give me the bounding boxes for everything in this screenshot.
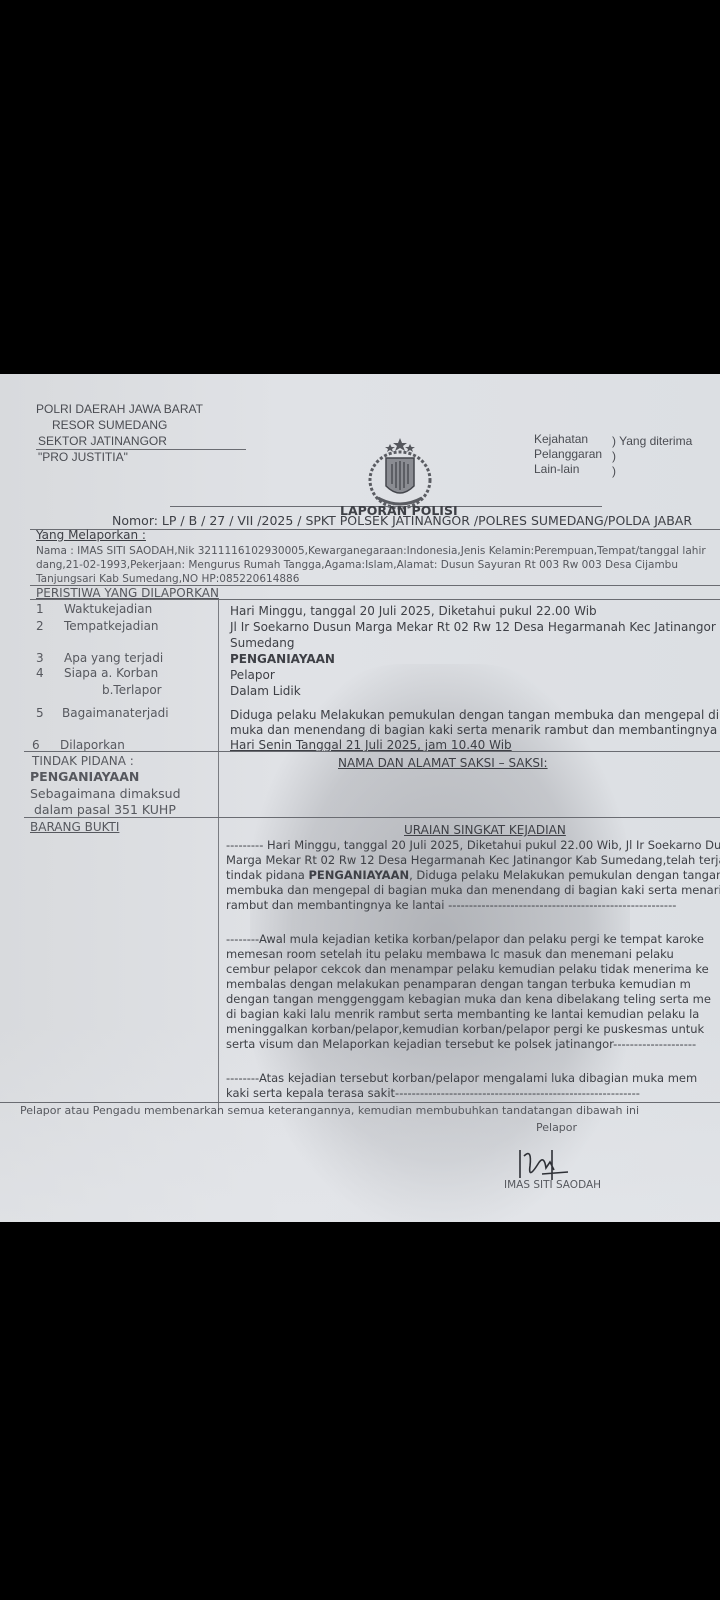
- summary-p1-line-3a: tindak pidana: [226, 868, 309, 882]
- reporter-line-3: Tanjungsari Kab Sumedang,NO HP:085220614…: [36, 572, 299, 586]
- event-value-6: Hari Senin Tanggal 21 Juli 2025, jam 10.…: [230, 738, 512, 752]
- event-label-2: Tempatkejadian: [64, 619, 159, 633]
- reporter-line-2: dang,21-02-1993,Pekerjaan: Mengurus Ruma…: [36, 558, 678, 572]
- summary-p2-line-1: --------Awal mula kejadian ketika korban…: [226, 932, 704, 946]
- crime-ref-2: dalam pasal 351 KUHP: [34, 803, 176, 817]
- category-kejahatan: Kejahatan: [534, 432, 588, 446]
- summary-crime-name: PENGANIAYAAN: [309, 868, 410, 882]
- org-line-2: RESOR SUMEDANG: [52, 418, 167, 432]
- event-value-5: Diduga pelaku Melakukan pemukulan dengan…: [230, 708, 720, 722]
- summary-p3-line-1: --------Atas kejadian tersebut korban/pe…: [226, 1071, 697, 1085]
- signature-icon: [512, 1146, 576, 1182]
- reporter-heading: Yang Melaporkan :: [36, 528, 146, 542]
- column-divider: [218, 600, 219, 1112]
- summary-p1-line-2: Marga Mekar Rt 02 Rw 12 Desa Hegarmanah …: [226, 853, 720, 867]
- summary-p1-line-4: membuka dan mengepal di bagian muka dan …: [226, 883, 720, 897]
- org-line-1: POLRI DAERAH JAWA BARAT: [36, 402, 203, 416]
- crime-name: PENGANIAYAAN: [30, 770, 139, 784]
- police-emblem-icon: [364, 436, 436, 512]
- category-kejahatan-suffix: ) Yang diterima: [612, 434, 692, 448]
- light-overlay: [0, 1024, 720, 1222]
- summary-p2-line-4: membalas dengan melakukan penamparan den…: [226, 977, 691, 991]
- event-num-1: 1: [36, 602, 44, 616]
- event-num-3: 3: [36, 651, 44, 665]
- event-value-5b: muka dan menendang di bagian kaki serta …: [230, 723, 720, 737]
- summary-p1-line-5: rambut dan membantingnya ke lantai -----…: [226, 898, 676, 912]
- event-value-2: Jl Ir Soekarno Dusun Marga Mekar Rt 02 R…: [230, 620, 720, 634]
- category-pelanggaran-suffix: ): [612, 449, 616, 463]
- summary-heading: URAIAN SINGKAT KEJADIAN: [404, 823, 566, 837]
- event-label-4b: b.Terlapor: [102, 683, 162, 697]
- summary-p2-line-2: memesan room setelah itu pelaku membawa …: [226, 947, 674, 961]
- org-line-3: SEKTOR JATINANGOR: [38, 434, 167, 448]
- category-pelanggaran: Pelanggaran: [534, 447, 602, 461]
- event-value-3: PENGANIAYAAN: [230, 652, 335, 666]
- summary-p1-line-3: tindak pidana PENGANIAYAAN, Diduga pelak…: [226, 868, 720, 882]
- event-num-2: 2: [36, 619, 44, 633]
- summary-bottom-rule: [0, 1102, 720, 1103]
- event-num-5: 5: [36, 706, 44, 720]
- summary-p2-line-8: serta visum dan Melaporkan kejadian ters…: [226, 1037, 696, 1051]
- category-lain-suffix: ): [612, 464, 616, 478]
- crime-ref-1: Sebagaimana dimaksud: [30, 787, 181, 801]
- event-label-1: Waktukejadian: [64, 602, 152, 616]
- report-number: Nomor: LP / B / 27 / VII /2025 / SPKT PO…: [112, 514, 692, 528]
- event-label-5: Bagaimanaterjadi: [62, 706, 169, 720]
- footer-role: Pelapor: [536, 1121, 577, 1135]
- summary-p3-line-2: kaki serta kepala terasa sakit----------…: [226, 1086, 640, 1100]
- footer-statement: Pelapor atau Pengadu membenarkan semua k…: [20, 1104, 639, 1118]
- footer-signer: IMAS SITI SAODAH: [504, 1178, 601, 1192]
- evidence-heading: BARANG BUKTI: [30, 820, 119, 834]
- crime-bottom-rule: [24, 817, 720, 818]
- event-num-6: 6: [32, 738, 40, 752]
- summary-p1-line-1: --------- Hari Minggu, tanggal 20 Juli 2…: [226, 838, 720, 852]
- crime-heading: TINDAK PIDANA :: [32, 754, 134, 768]
- event-heading: PERISTIWA YANG DILAPORKAN: [36, 586, 219, 600]
- org-line-4: "PRO JUSTITIA": [38, 450, 128, 464]
- summary-p2-line-3: cembur pelapor cekcok dan menampar pelak…: [226, 962, 709, 976]
- witnesses-heading: NAMA DAN ALAMAT SAKSI – SAKSI:: [338, 756, 548, 770]
- event-label-3: Apa yang terjadi: [64, 651, 163, 665]
- event-label-6: Dilaporkan: [60, 738, 125, 752]
- summary-p2-line-6: di bagian kaki lalu menrik rambut serta …: [226, 1007, 699, 1021]
- reporter-line-1: Nama : IMAS SITI SAODAH,Nik 321111610293…: [36, 544, 706, 558]
- summary-p2-line-5: dengan tangan menggenggam kebagian muka …: [226, 992, 711, 1006]
- event-value-4b: Dalam Lidik: [230, 684, 301, 698]
- event-rule: [30, 599, 720, 600]
- event-value-4: Pelapor: [230, 668, 275, 682]
- summary-p2-line-7: meninggalkan korban/pelapor,kemudian kor…: [226, 1022, 704, 1036]
- category-lain: Lain-lain: [534, 462, 579, 476]
- police-report-document: POLRI DAERAH JAWA BARAT RESOR SUMEDANG S…: [0, 374, 720, 1222]
- summary-p1-line-3b: , Diduga pelaku Melakukan pemukulan deng…: [409, 868, 720, 882]
- event-label-4: Siapa a. Korban: [64, 666, 158, 680]
- event-num-4: 4: [36, 666, 44, 680]
- event-value-2b: Sumedang: [230, 636, 295, 650]
- event-bottom-rule: [24, 751, 720, 752]
- event-value-1: Hari Minggu, tanggal 20 Juli 2025, Diket…: [230, 604, 597, 618]
